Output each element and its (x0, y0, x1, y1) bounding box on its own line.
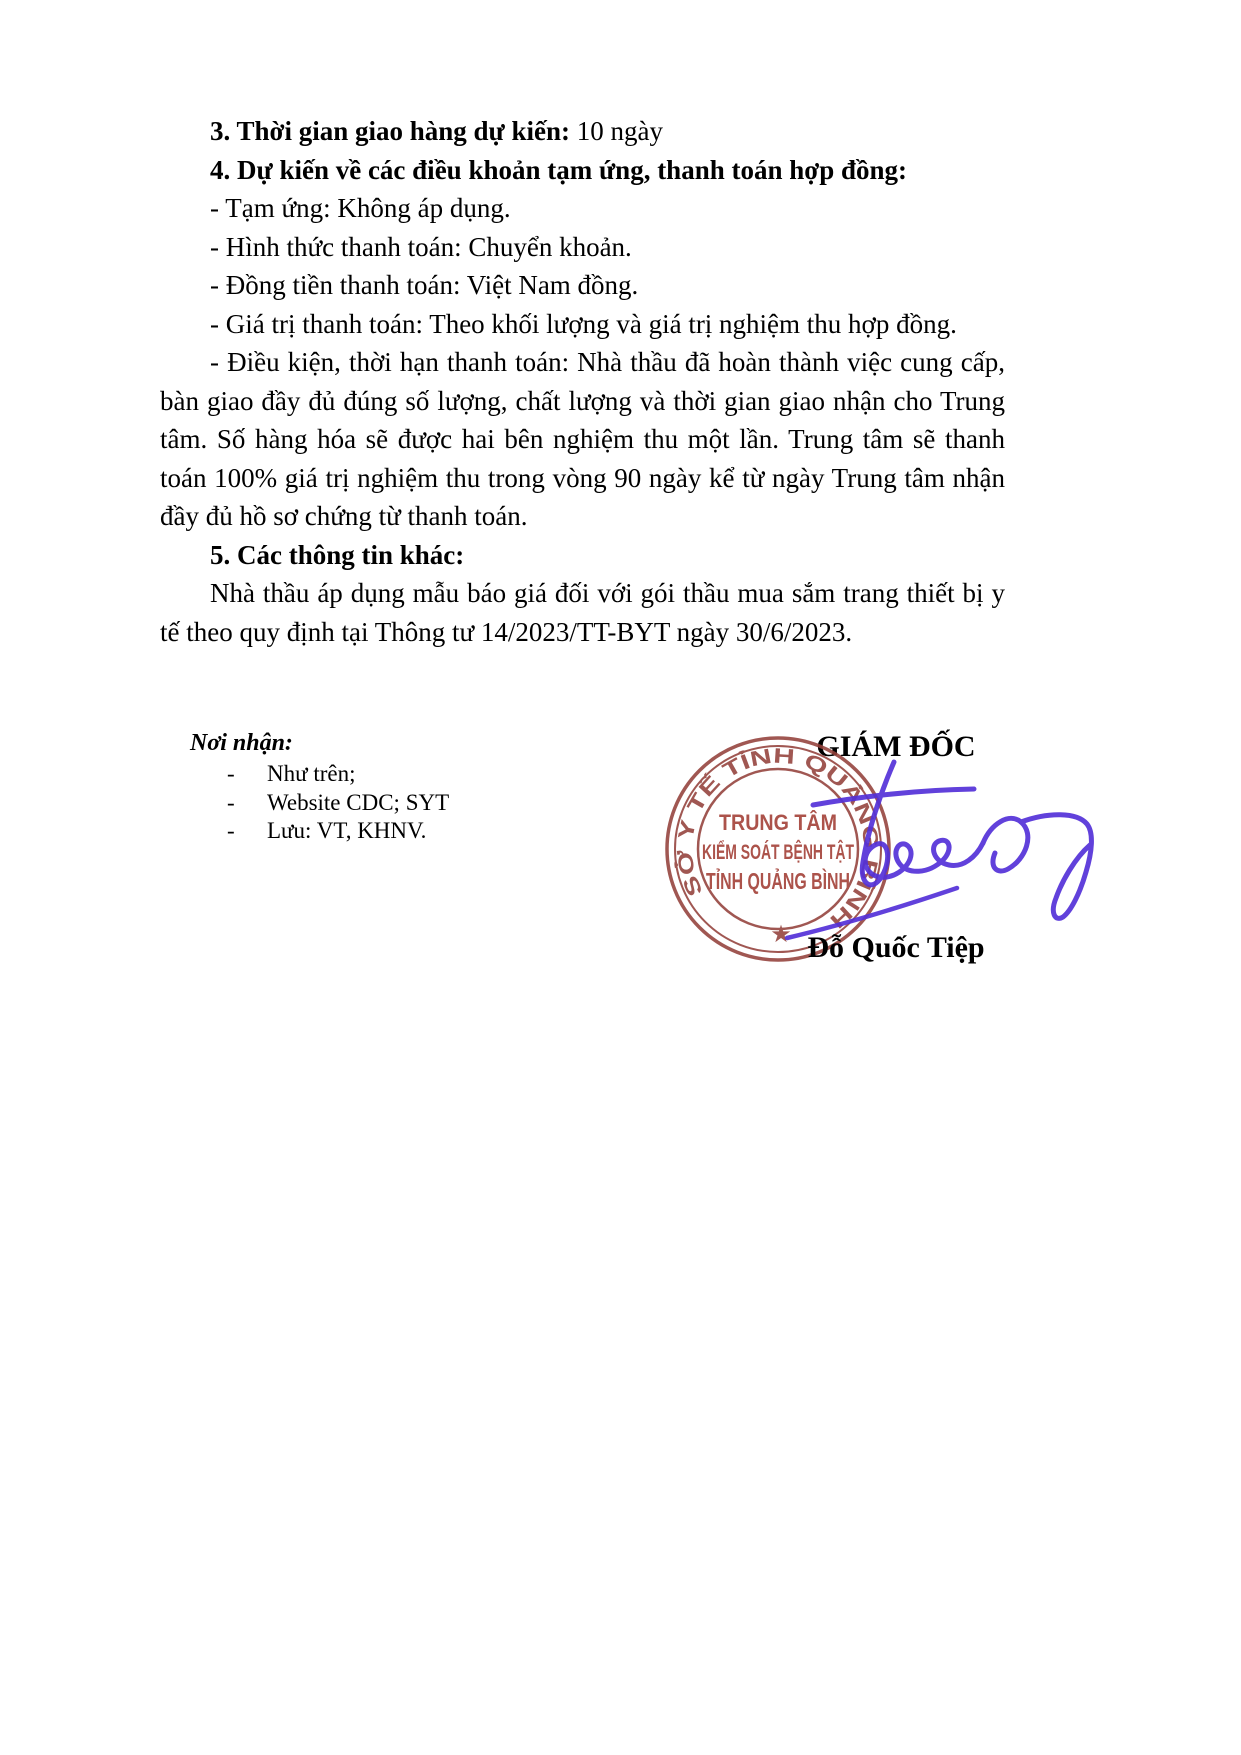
signature-stroke (983, 818, 1028, 871)
recipients-label: Nơi nhận: (190, 729, 610, 757)
heading-delivery-time: 3. Thời gian giao hàng dự kiến: (210, 116, 570, 146)
heading-other-info: 5. Các thông tin khác: (160, 536, 1005, 575)
paragraph-other-info: Nhà thầu áp dụng mẫu báo giá đối với gói… (160, 574, 1005, 651)
document-page: 3. Thời gian giao hàng dự kiến: 10 ngày … (0, 0, 1241, 1755)
paragraph-payment-conditions: - Điều kiện, thời hạn thanh toán: Nhà th… (160, 343, 1005, 536)
recipient-text: Website CDC; SYT (267, 790, 449, 815)
paragraph-delivery-time: 3. Thời gian giao hàng dự kiến: 10 ngày (160, 112, 1005, 151)
handwritten-signature (700, 725, 1120, 960)
signature-stroke (813, 789, 974, 805)
recipient-item: -Lưu: VT, KHNV. (190, 817, 610, 846)
dash-bullet: - (227, 760, 235, 789)
item-advance: - Tạm ứng: Không áp dụng. (160, 189, 1005, 228)
recipient-text: Lưu: VT, KHNV. (267, 818, 426, 843)
dash-bullet: - (227, 817, 235, 846)
dash-bullet: - (227, 789, 235, 818)
recipient-item: -Website CDC; SYT (190, 789, 610, 818)
recipient-text: Như trên; (267, 761, 355, 786)
item-payment-value: - Giá trị thanh toán: Theo khối lượng và… (160, 305, 1005, 344)
heading-payment-terms: 4. Dự kiến về các điều khoản tạm ứng, th… (160, 151, 1005, 190)
document-body: 3. Thời gian giao hàng dự kiến: 10 ngày … (160, 112, 1005, 651)
item-payment-method: - Hình thức thanh toán: Chuyển khoản. (160, 228, 1005, 267)
delivery-time-value: 10 ngày (570, 116, 663, 146)
signature-stroke (862, 762, 983, 885)
recipient-item: -Như trên; (190, 760, 610, 789)
item-currency: - Đồng tiền thanh toán: Việt Nam đồng. (160, 266, 1005, 305)
recipients-block: Nơi nhận: -Như trên; -Website CDC; SYT -… (190, 729, 610, 846)
signer-name: Đỗ Quốc Tiệp (720, 930, 1072, 966)
signature-stroke (1021, 815, 1091, 919)
